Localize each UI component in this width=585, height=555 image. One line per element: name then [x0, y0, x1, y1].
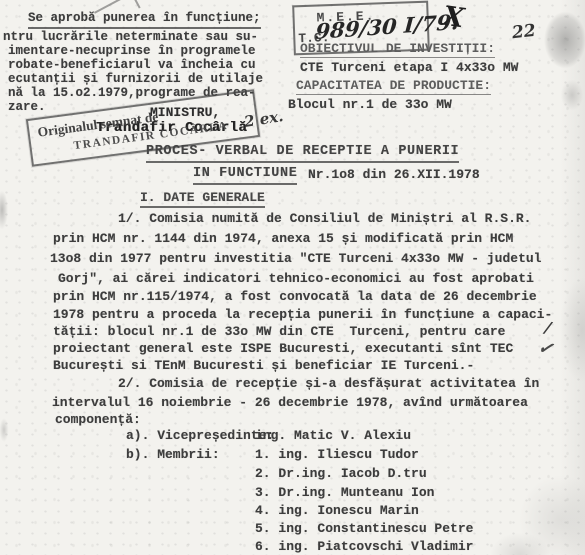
pencil-scratch: [131, 0, 140, 9]
para2-line: intervalul 16 noiembrie - 26 decembrie 1…: [52, 396, 528, 409]
para1-line: București si TEnM Bucuresti și beneficia…: [53, 359, 474, 372]
title-line2: IN FUNCTIUNE: [193, 167, 297, 185]
title-line1: PROCES- VERBAL DE RECEPTIE A PUNERII: [146, 145, 459, 163]
para1-line: 1978 pentru a proceda la recepția puneri…: [53, 308, 552, 321]
approval-line: imentare-necuprinse în programele: [8, 45, 256, 58]
approval-line: ntru lucrările neterminate sau su-: [3, 31, 258, 44]
approval-line: ecutanții și furnizorii de utilaje: [8, 73, 263, 86]
member-item: 4. ing. Ionescu Marin: [255, 504, 419, 517]
approval-line: robate-beneficiarul va încheia cu: [8, 59, 256, 72]
title-number: Nr.1o8 din 26.XII.1978: [308, 168, 480, 181]
x-mark-handwritten: X: [441, 1, 466, 35]
capacity-label: CAPACITATEA DE PRODUCTIE:: [296, 79, 491, 95]
approval-line: zare.: [8, 101, 46, 114]
para1-line: 13o8 din 1977 pentru investitia "CTE Tur…: [50, 252, 541, 265]
para1-line: Gorj", ai cărei indicatori tehnico-econo…: [58, 272, 534, 285]
check-mark-handwritten: ✓: [536, 337, 555, 361]
member-item: 1. ing. Iliescu Tudor: [255, 448, 419, 461]
para1-line: prin HCM nr.115/1974, a fost convocată l…: [53, 290, 537, 303]
scanned-document-page: Se aprobă punerea în funcțiune; ntru luc…: [0, 0, 585, 555]
para2-line: componență:: [55, 413, 141, 426]
member-item: 3. Dr.ing. Munteanu Ion: [255, 486, 434, 499]
para1-line: prin HCM nr. 1144 din 1974, anexa 15 și …: [53, 232, 513, 245]
member-item: 2. Dr.ing. Iacob D.tru: [255, 467, 427, 480]
vicepresident-label: a). Vicepreședinte:: [126, 429, 274, 442]
objective-label: OBIECTIVUL DE INVESTIȚII:: [300, 42, 495, 58]
para1-line: proiectant general este ISPE Bucuresti, …: [53, 342, 513, 355]
capacity-value: Blocul nr.1 de 33o MW: [288, 98, 452, 111]
para1-line: 1/. Comisia numită de Consiliul de Miniș…: [118, 212, 531, 225]
page-number-handwritten: 22: [511, 21, 537, 43]
approval-line: Se aprobă punerea în funcțiune;: [28, 12, 261, 29]
members-label: b). Membrii:: [126, 448, 220, 461]
member-item: 6. ing. Piatcovschi Vladimir: [255, 540, 473, 553]
para2-line: 2/. Comisia de recepție și-a desfășurat …: [118, 377, 539, 390]
section-heading: I. DATE GENERALE: [140, 191, 265, 208]
objective-value: CTE Turceni etapa I 4x33o MW: [300, 61, 518, 74]
member-item: 5. ing. Constantinescu Petre: [255, 522, 473, 535]
para1-line: tății: blocul nr.1 de 33o MW din CTE Tur…: [53, 325, 505, 338]
vicepresident-name: ing. Matic V. Alexiu: [255, 429, 411, 442]
